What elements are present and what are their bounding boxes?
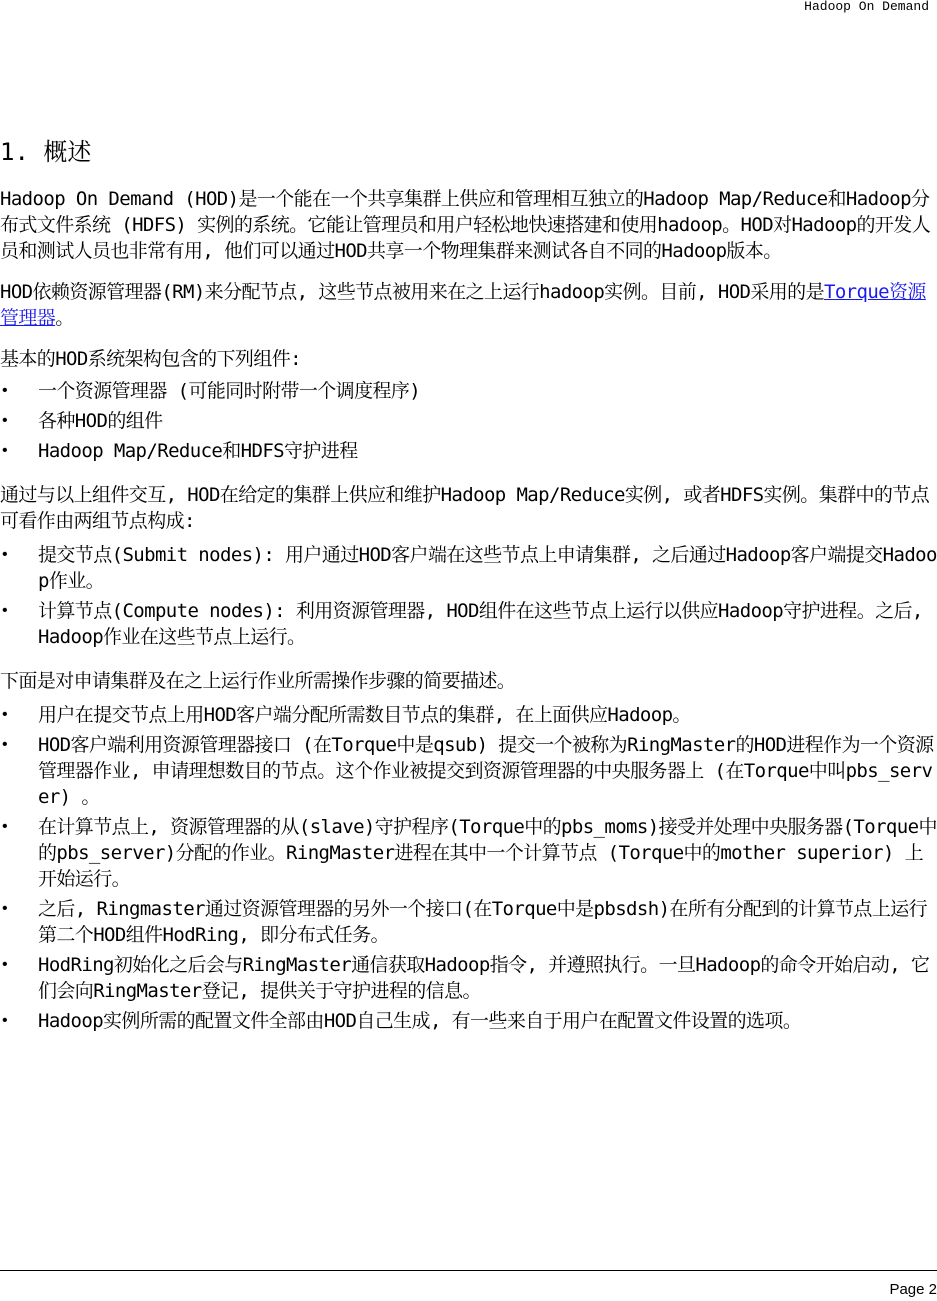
list-item: •用户在提交节点上用HOD客户端分配所需数目节点的集群, 在上面供应Hadoop…: [0, 702, 937, 728]
steps-list: •用户在提交节点上用HOD客户端分配所需数目节点的集群, 在上面供应Hadoop…: [0, 702, 937, 1034]
list-item: •HodRing初始化之后会与RingMaster通信获取Hadoop指令, 并…: [0, 952, 937, 1004]
components-intro: 基本的HOD系统架构包含的下列组件:: [0, 346, 937, 372]
steps-intro: 下面是对申请集群及在之上运行作业所需操作步骤的简要描述。: [0, 668, 937, 694]
bullet-icon: •: [2, 598, 7, 624]
resource-manager-paragraph: HOD依赖资源管理器(RM)来分配节点, 这些节点被用来在之上运行hadoop实…: [0, 279, 937, 331]
list-item: •各种HOD的组件: [0, 408, 937, 434]
page-number: Page 2: [889, 1281, 937, 1299]
bullet-icon: •: [2, 814, 7, 840]
bullet-icon: •: [2, 438, 7, 464]
list-item: •Hadoop Map/Reduce和HDFS守护进程: [0, 438, 937, 464]
list-item-text: HodRing初始化之后会与RingMaster通信获取Hadoop指令, 并遵…: [38, 954, 929, 1002]
list-item-text: 提交节点(Submit nodes): 用户通过HOD客户端在这些节点上申请集群…: [38, 544, 937, 592]
section-title: 1. 概述: [0, 132, 937, 172]
rm-text-before-link: HOD依赖资源管理器(RM)来分配节点, 这些节点被用来在之上运行hadoop实…: [0, 281, 824, 303]
list-item: •提交节点(Submit nodes): 用户通过HOD客户端在这些节点上申请集…: [0, 542, 937, 594]
bullet-icon: •: [2, 732, 7, 758]
bullet-icon: •: [2, 896, 7, 922]
list-item: •Hadoop实例所需的配置文件全部由HOD自己生成, 有一些来自于用户在配置文…: [0, 1008, 937, 1034]
footer-divider: [0, 1270, 937, 1271]
list-item: •计算节点(Compute nodes): 利用资源管理器, HOD组件在这些节…: [0, 598, 937, 650]
list-item: •一个资源管理器 (可能同时附带一个调度程序): [0, 378, 937, 404]
list-item: •之后, Ringmaster通过资源管理器的另外一个接口(在Torque中是p…: [0, 896, 937, 948]
list-item-text: 在计算节点上, 资源管理器的从(slave)守护程序(Torque中的pbs_m…: [38, 816, 937, 890]
bullet-icon: •: [2, 702, 7, 728]
intro-paragraph: Hadoop On Demand (HOD)是一个能在一个共享集群上供应和管理相…: [0, 186, 937, 264]
list-item-text: HOD客户端利用资源管理器接口 (在Torque中是qsub) 提交一个被称为R…: [38, 734, 934, 808]
list-item-text: 计算节点(Compute nodes): 利用资源管理器, HOD组件在这些节点…: [38, 600, 923, 648]
list-item-text: 一个资源管理器 (可能同时附带一个调度程序): [38, 380, 420, 402]
list-item-text: 各种HOD的组件: [38, 410, 163, 432]
bullet-icon: •: [2, 1008, 7, 1034]
nodes-intro: 通过与以上组件交互, HOD在给定的集群上供应和维护Hadoop Map/Red…: [0, 482, 937, 534]
list-item-text: 用户在提交节点上用HOD客户端分配所需数目节点的集群, 在上面供应Hadoop。: [38, 704, 691, 726]
document-body: 1. 概述 Hadoop On Demand (HOD)是一个能在一个共享集群上…: [0, 132, 937, 1052]
node-types-list: •提交节点(Submit nodes): 用户通过HOD客户端在这些节点上申请集…: [0, 542, 937, 650]
list-item-text: 之后, Ringmaster通过资源管理器的另外一个接口(在Torque中是pb…: [38, 898, 927, 946]
bullet-icon: •: [2, 952, 7, 978]
list-item-text: Hadoop Map/Reduce和HDFS守护进程: [38, 440, 358, 462]
list-item: •HOD客户端利用资源管理器接口 (在Torque中是qsub) 提交一个被称为…: [0, 732, 937, 810]
list-item-text: Hadoop实例所需的配置文件全部由HOD自己生成, 有一些来自于用户在配置文件…: [38, 1010, 801, 1032]
components-list: •一个资源管理器 (可能同时附带一个调度程序) •各种HOD的组件 •Hadoo…: [0, 378, 937, 464]
running-header-title: Hadoop On Demand: [804, 0, 929, 14]
rm-text-after-link: 。: [55, 307, 73, 329]
bullet-icon: •: [2, 408, 7, 434]
bullet-icon: •: [2, 378, 7, 404]
list-item: •在计算节点上, 资源管理器的从(slave)守护程序(Torque中的pbs_…: [0, 814, 937, 892]
bullet-icon: •: [2, 542, 7, 568]
